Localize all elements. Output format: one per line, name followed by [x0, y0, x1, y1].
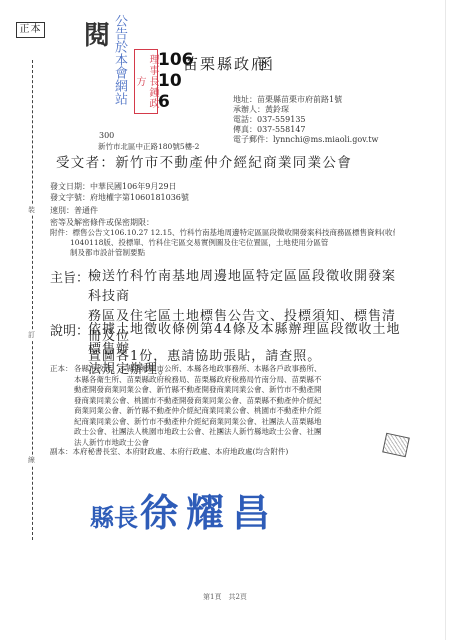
agency-name: 苗栗縣政府: [183, 53, 268, 74]
handwritten-month: 10: [158, 71, 188, 92]
attachment-line: 1040118版、投標單、竹科住宅區交易實例圖及住宅位置區，土地使用分區管: [50, 238, 390, 248]
signature-title: 縣長: [90, 503, 138, 532]
binding-line: [32, 60, 33, 540]
copy-type-badge: 正本: [16, 22, 45, 38]
read-mark-stamp: 閱: [84, 15, 110, 52]
distribution-label: 正本：: [50, 364, 74, 375]
page-number: 第1頁 共2頁: [203, 592, 247, 602]
contact-block: 地址：苗栗縣苗栗市府前路1號 承辦人：黃鈴琛 電話：037-559135 傳真：…: [233, 95, 378, 145]
page-edge: [445, 0, 446, 640]
binding-mark-ding: 訂: [28, 330, 35, 340]
signature-name: 徐耀昌: [140, 490, 278, 535]
distribution-line: 紀商業同業公會、新竹市不動產仲介經紀商業同業公會、社團法人苗栗縣地: [50, 417, 380, 428]
subject-line: 檢送竹科竹南基地周邊地區特定區區段徵收開發案科技商: [88, 267, 408, 307]
distribution-line: 各縣市政府、本縣各鄉鎮市公所、本縣各地政事務所、本縣各戶政事務所、: [74, 364, 322, 373]
distribution-line: 商業同業公會、新竹縣不動產仲介經紀商業同業公會、桃園市不動產仲介經: [50, 406, 380, 417]
contact-person: 承辦人：黃鈴琛: [233, 105, 378, 115]
issue-date: 發文日期：中華民國106年9月29日: [50, 181, 177, 192]
contact-email: 電子郵件：lynnchi@ms.miaoli.gov.tw: [233, 135, 378, 145]
subject-label: 主旨：: [50, 267, 89, 286]
distribution-line: 發商業同業公會、桃園市不動產開發商業同業公會、苗栗縣不動產仲介經紀: [50, 396, 380, 407]
speed-class: 速別：普通件: [50, 205, 98, 216]
attachment-line: 附件：標售公告文106.10.27 12.15、竹科竹南基地周邊特定區區段徵收開…: [50, 228, 395, 238]
distribution-line: 政士公會、社團法人桃園市地政士公會、社團法人新竹縣地政士公會、社團: [50, 427, 380, 438]
contact-phone: 電話：037-559135: [233, 115, 378, 125]
attachment-line: 制及都市設計管制要點: [50, 248, 390, 258]
signature: 縣長徐耀昌: [90, 482, 278, 537]
contact-address: 地址：苗栗縣苗栗市府前路1號: [233, 95, 378, 105]
contact-fax: 傳真：037-558147: [233, 125, 378, 135]
distribution-line: 本縣各衛生所、苗栗縣政府稅務局、苗栗縣政府稅務局竹南分局、苗栗縣不: [50, 375, 380, 386]
explanation-label: 說明：: [50, 320, 89, 339]
distribution-line: 動產開發商業同業公會、新竹縣不動產開發商業同業公會、新竹市不動產開: [50, 385, 380, 396]
recipient: 受文者：新竹市不動產仲介經紀商業同業公會: [56, 151, 352, 171]
document-type: 函: [258, 53, 273, 74]
distribution-list: 正本：各縣市政府、本縣各鄉鎮市公所、本縣各地政事務所、本縣各戶政事務所、 本縣各…: [50, 364, 380, 448]
explanation-line: 依據土地徵收條例第44條及本縣辦理區段徵收土地標售辦: [88, 320, 408, 360]
issue-number: 發文字號：府地權字第1060181036號: [50, 192, 189, 203]
handwritten-day: 6: [158, 92, 188, 113]
recipient-zip: 300: [99, 131, 114, 140]
chairman-seal: 理事長鍾政方: [134, 49, 158, 114]
carbon-copy: 副本：本府秘書長室、本府財政處、本府行政處、本府地政處(均含附件): [50, 446, 288, 457]
attachments: 附件：標售公告文106.10.27 12.15、竹科竹南基地周邊特定區區段徵收開…: [50, 228, 390, 258]
official-seal-icon: [382, 433, 410, 458]
binding-mark-zhuang: 裝: [28, 205, 35, 215]
secrecy-level: 密等及解密條件或保密期限：: [50, 217, 154, 228]
binding-mark-xian: 線: [28, 455, 35, 465]
publish-stamp: 公告於本會網站: [111, 14, 127, 105]
